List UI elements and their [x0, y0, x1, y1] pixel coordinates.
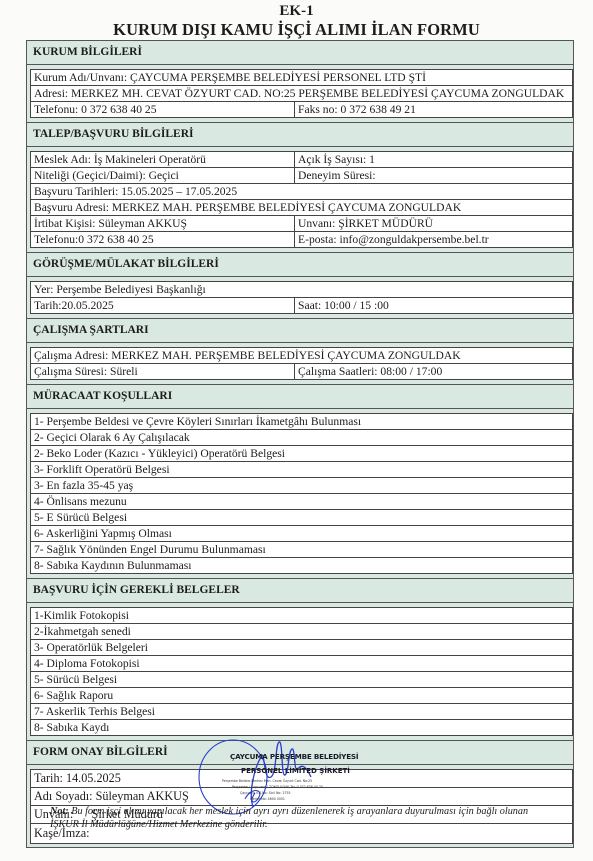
table-row: İrtibat Kişisi: Süleyman AKKUŞ Unvanı: Ş… — [30, 216, 573, 232]
list-item-text: 8- Sabıka Kaydı — [31, 720, 573, 735]
list-item: 8- Sabıka Kaydının Bulunmaması — [30, 558, 573, 574]
list-item: 3- Operatörlük Belgeleri — [30, 640, 573, 656]
section-gorusme-heading: GÖRÜŞME/MÜLAKAT BİLGİLERİ — [27, 252, 573, 277]
list-item-text: 5- Sürücü Belgesi — [31, 672, 573, 687]
open-positions: Açık İş Sayısı: 1 — [295, 152, 573, 167]
list-item: 4- Önlisans mezunu — [30, 494, 573, 510]
footnote-label: Not: — [50, 806, 69, 817]
section-talep-heading: TALEP/BAŞVURU BİLGİLERİ — [27, 122, 573, 147]
institution-phone: Telefonu: 0 372 638 40 25 — [31, 102, 295, 117]
stamp-line-6: Mersis No: 4600 0001 — [250, 797, 285, 801]
list-item: 2- Geçici Olarak 6 Ay Çalışılacak — [30, 430, 573, 446]
section-talep: Meslek Adı: İş Makineleri Operatörü Açık… — [27, 147, 573, 252]
list-item-text: 1- Perşembe Beldesi ve Çevre Köyleri Sın… — [31, 414, 573, 429]
job-nature: Niteliği (Geçici/Daimi): Geçici — [31, 168, 295, 183]
job-posting-form: KURUM BİLGİLERİ Kurum Adı/Unvanı: ÇAYCUM… — [26, 40, 574, 848]
stamp-line-5: Çaycuma V.D.No: Sicil No: 2755 — [240, 791, 291, 795]
list-item: 2-İkahmetgah senedi — [30, 624, 573, 640]
annex-label: EK-1 — [0, 0, 593, 20]
list-item: 2- Beko Loder (Kazıcı - Yükleyici) Opera… — [30, 446, 573, 462]
list-item: 1- Perşembe Beldesi ve Çevre Köyleri Sın… — [30, 413, 573, 430]
list-item-text: 2-İkahmetgah senedi — [31, 624, 573, 639]
list-item-text: 2- Geçici Olarak 6 Ay Çalışılacak — [31, 430, 573, 445]
work-hours: Çalışma Saatleri: 08:00 / 17:00 — [295, 364, 573, 379]
stamp-line-3: Perşembe Beldesi Merkez Mah. Cevat Özyur… — [222, 779, 312, 783]
table-row: Telefonu:0 372 638 40 25 E-posta: info@z… — [30, 232, 573, 248]
section-calisma-heading: ÇALIŞMA ŞARTLARI — [27, 318, 573, 343]
list-item-text: 3- Operatörlük Belgeleri — [31, 640, 573, 655]
list-item: 4- Diploma Fotokopisi — [30, 656, 573, 672]
section-muracaat: 1- Perşembe Beldesi ve Çevre Köyleri Sın… — [27, 409, 573, 578]
work-address: Çalışma Adresi: MERKEZ MAH. PERŞEMBE BEL… — [31, 348, 573, 363]
list-item-text: 3- En fazla 35-45 yaş — [31, 478, 573, 493]
table-row: Kurum Adı/Unvanı: ÇAYCUMA PERŞEMBE BELED… — [30, 69, 573, 86]
list-item-text: 7- Sağlık Yönünden Engel Durumu Bulunmam… — [31, 542, 573, 557]
stamp-line-2: PERSONEL LİMİTED ŞİRKETİ — [241, 767, 350, 775]
form-title-block: EK-1 KURUM DIŞI KAMU İŞÇİ ALIMI İLAN FOR… — [0, 0, 593, 39]
section-muracaat-heading: MÜRACAAT KOŞULLARI — [27, 384, 573, 409]
table-row: Başvuru Tarihleri: 15.05.2025 – 17.05.20… — [30, 184, 573, 200]
list-item-text: 7- Askerlik Terhis Belgesi — [31, 704, 573, 719]
list-item-text: 3- Forklift Operatörü Belgesi — [31, 462, 573, 477]
list-item: 5- E Sürücü Belgesi — [30, 510, 573, 526]
list-item: 3- En fazla 35-45 yaş — [30, 478, 573, 494]
list-item-text: 6- Askerliğini Yapmış Olması — [31, 526, 573, 541]
list-item: 8- Sabıka Kaydı — [30, 720, 573, 736]
table-row: Niteliği (Geçici/Daimi): Geçici Deneyim … — [30, 168, 573, 184]
section-kurum: Kurum Adı/Unvanı: ÇAYCUMA PERŞEMBE BELED… — [27, 65, 573, 122]
contact-title: Unvanı: ŞİRKET MÜDÜRÜ — [295, 216, 573, 231]
table-row: Tarih:20.05.2025 Saat: 10:00 / 15 :00 — [30, 298, 573, 314]
footnote: Not: Bu form işçi alımı yapılacak her me… — [50, 805, 550, 831]
contact-phone: Telefonu:0 372 638 40 25 — [31, 232, 295, 247]
list-item: 6- Sağlık Raporu — [30, 688, 573, 704]
experience-duration: Deneyim Süresi: — [295, 168, 573, 183]
list-item-text: 2- Beko Loder (Kazıcı - Yükleyici) Opera… — [31, 446, 573, 461]
section-belgeler-heading: BAŞVURU İÇİN GEREKLİ BELGELER — [27, 578, 573, 603]
list-item-text: 8- Sabıka Kaydının Bulunmaması — [31, 558, 573, 573]
table-row: Çalışma Süresi: Süreli Çalışma Saatleri:… — [30, 364, 573, 380]
list-item: 7- Sağlık Yönünden Engel Durumu Bulunmam… — [30, 542, 573, 558]
form-title: KURUM DIŞI KAMU İŞÇİ ALIMI İLAN FORMU — [0, 20, 593, 39]
list-item: 1-Kimlik Fotokopisi — [30, 607, 573, 624]
application-dates: Başvuru Tarihleri: 15.05.2025 – 17.05.20… — [31, 184, 573, 199]
list-item: 7- Askerlik Terhis Belgesi — [30, 704, 573, 720]
table-row: Meslek Adı: İş Makineleri Operatörü Açık… — [30, 151, 573, 168]
list-item: 3- Forklift Operatörü Belgesi — [30, 462, 573, 478]
institution-name: Kurum Adı/Unvanı: ÇAYCUMA PERŞEMBE BELED… — [31, 70, 573, 85]
section-gorusme: Yer: Perşembe Belediyesi Başkanlığı Tari… — [27, 277, 573, 318]
contact-person: İrtibat Kişisi: Süleyman AKKUŞ — [31, 216, 295, 231]
list-item-text: 4- Önlisans mezunu — [31, 494, 573, 509]
list-item-text: 1-Kimlik Fotokopisi — [31, 608, 573, 623]
list-item-text: 5- E Sürücü Belgesi — [31, 510, 573, 525]
table-row: Çalışma Adresi: MERKEZ MAH. PERŞEMBE BEL… — [30, 347, 573, 364]
institution-fax: Faks no: 0 372 638 49 21 — [295, 102, 573, 117]
table-row: Adı Soyadı: Süleyman AKKUŞ — [30, 788, 573, 806]
table-row: Yer: Perşembe Belediyesi Başkanlığı — [30, 281, 573, 298]
table-row: Adresi: MERKEZ MH. CEVAT ÖZYURT CAD. NO:… — [30, 86, 573, 102]
list-item: 6- Askerliğini Yapmış Olması — [30, 526, 573, 542]
list-item: 5- Sürücü Belgesi — [30, 672, 573, 688]
occupation: Meslek Adı: İş Makineleri Operatörü — [31, 152, 295, 167]
stamp-line-1: ÇAYCUMA PERŞEMBE BELEDİYESİ — [230, 752, 358, 761]
approver-name: Adı Soyadı: Süleyman AKKUŞ — [31, 788, 573, 805]
interview-time: Saat: 10:00 / 15 :00 — [295, 298, 573, 313]
interview-place: Yer: Perşembe Belediyesi Başkanlığı — [31, 282, 573, 297]
section-belgeler: 1-Kimlik Fotokopisi2-İkahmetgah senedi3-… — [27, 603, 573, 740]
footnote-text: Bu form işçi alımı yapılacak her meslek … — [50, 806, 528, 830]
interview-date: Tarih:20.05.2025 — [31, 298, 295, 313]
table-row: Telefonu: 0 372 638 40 25 Faks no: 0 372… — [30, 102, 573, 118]
list-item-text: 4- Diploma Fotokopisi — [31, 656, 573, 671]
institution-address: Adresi: MERKEZ MH. CEVAT ÖZYURT CAD. NO:… — [31, 86, 573, 101]
application-address: Başvuru Adresi: MERKEZ MAH. PERŞEMBE BEL… — [31, 200, 573, 215]
work-duration: Çalışma Süresi: Süreli — [31, 364, 295, 379]
section-kurum-heading: KURUM BİLGİLERİ — [27, 41, 573, 65]
list-item-text: 6- Sağlık Raporu — [31, 688, 573, 703]
section-calisma: Çalışma Adresi: MERKEZ MAH. PERŞEMBE BEL… — [27, 343, 573, 384]
table-row: Başvuru Adresi: MERKEZ MAH. PERŞEMBE BEL… — [30, 200, 573, 216]
contact-email[interactable]: E-posta: info@zonguldakpersembe.bel.tr — [295, 232, 573, 247]
stamp-line-4: Perşembe / Çaycuma / ZONGULDAK Tel: 0 37… — [232, 785, 323, 789]
